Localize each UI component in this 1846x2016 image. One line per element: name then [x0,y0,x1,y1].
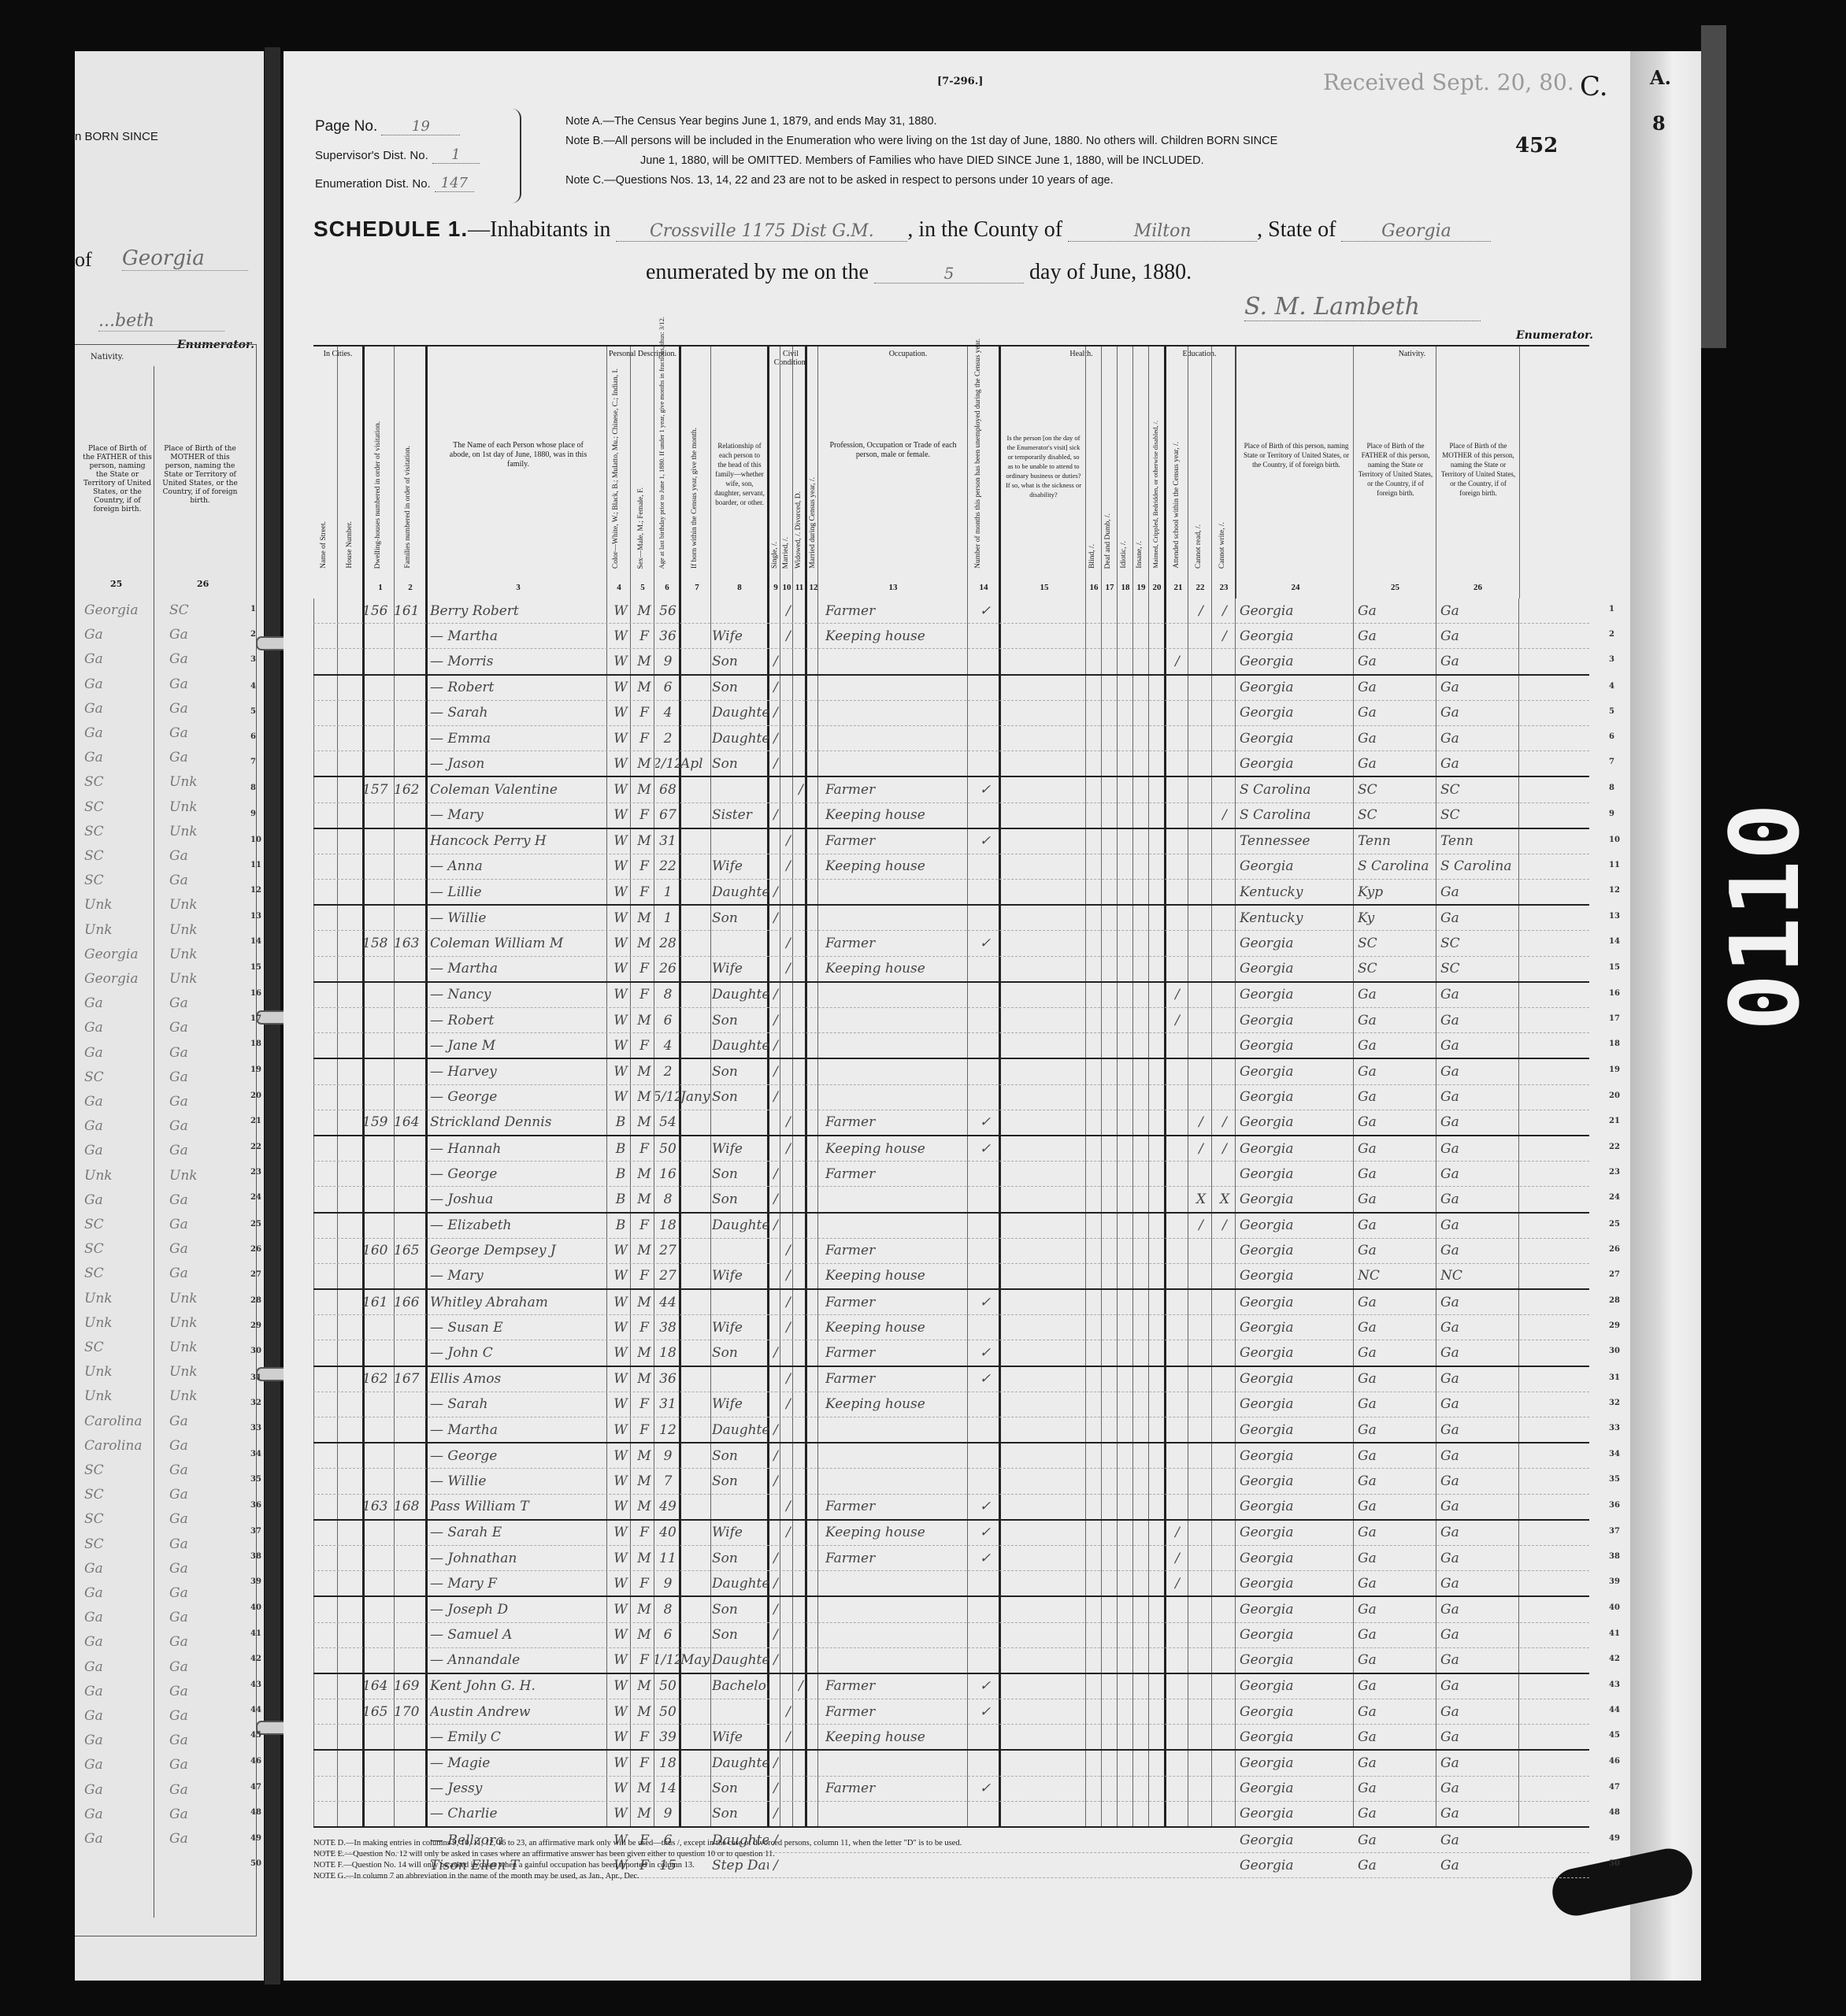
family-number [394,1648,425,1673]
widowed-mark [795,1392,806,1417]
person-name: — Mary [430,1264,610,1288]
left-line-number: 24 [250,1193,261,1202]
cannot-write-mark [1214,1623,1235,1647]
mother-birthplace: Ga [1440,598,1519,623]
left-father-birthplace: Unk [84,1315,113,1331]
col-23-cannot-write: Cannot write, /.23 [1211,346,1236,598]
unemployed-mark: ✓ [973,598,997,623]
cannot-write-mark [1214,1597,1235,1621]
age: 27 [655,1264,680,1288]
relationship: Daughter [712,701,769,725]
married-mark [783,649,794,673]
table-row: — Susan EWF38Wife/Keeping houseGeorgiaGa… [313,1315,1589,1340]
color: W [610,829,632,854]
cannot-read-mark [1191,1699,1211,1724]
left-mother-birthplace: Ga [169,750,188,765]
relationship: Sister [712,803,769,828]
line-number: 6 [1609,732,1614,741]
birth-month [680,1521,710,1545]
left-father-birthplace: Unk [84,1168,113,1184]
school-mark [1167,1033,1188,1058]
age: 40 [655,1521,680,1545]
family-number [394,701,425,725]
table-row: 165170Austin AndrewWM50/Farmer✓GeorgiaGa… [313,1699,1589,1725]
birthplace: Georgia [1240,931,1354,955]
birthplace: Georgia [1240,1264,1354,1288]
table-row: Hancock Perry HWM31/Farmer✓TennesseeTenn… [313,829,1589,854]
single-mark [770,854,781,879]
birthplace: Georgia [1240,1623,1354,1647]
relationship: Son [712,1597,769,1621]
widowed-mark [795,649,806,673]
person-name: — Willie [430,1469,610,1493]
left-line-number: 25 [250,1220,261,1228]
color: W [610,1264,632,1288]
cannot-write-mark [1214,777,1235,802]
married-mark: / [783,1392,794,1417]
left-line-number: 41 [250,1629,261,1638]
unemployed-mark [973,1033,997,1058]
single-mark: / [770,649,781,673]
relationship: Son [712,1008,769,1032]
line-number: 38 [1609,1552,1620,1561]
unemployed-mark [973,983,997,1007]
person-name: Strickland Dennis [430,1110,610,1135]
birthplace: Kentucky [1240,906,1354,930]
age: 6 [655,1623,680,1647]
unemployed-mark [973,1571,997,1595]
school-mark [1167,1725,1188,1749]
family-number: 170 [394,1699,425,1724]
sex: F [633,1648,655,1673]
family-number [394,1059,425,1084]
left-father-birthplace: Ga [84,1585,103,1601]
birthplace: Georgia [1240,701,1354,725]
line-number: 49 [1609,1834,1620,1843]
father-birthplace: Ky [1358,906,1436,930]
left-line-number: 10 [250,836,261,844]
cannot-read-mark [1191,726,1211,750]
cannot-write-mark [1214,1521,1235,1545]
color: W [610,1699,632,1724]
dwelling-number [362,1546,394,1570]
state-value: Georgia [1341,221,1491,242]
birth-month [680,1597,710,1621]
left-mother-birthplace: Ga [169,1143,188,1158]
left-father-birthplace: Georgia [84,947,138,962]
person-name: Coleman William M [430,931,610,955]
color: W [610,1417,632,1442]
person-name: — Martha [430,1417,610,1442]
color: W [610,1495,632,1519]
left-father-birthplace: SC [84,1069,104,1085]
table-row: — Sarah EWF40Wife/Keeping house✓/Georgia… [313,1521,1589,1546]
left-line-number: 29 [250,1321,261,1330]
father-birthplace: Ga [1358,1290,1436,1314]
sex: F [633,983,655,1007]
widowed-mark [795,1751,806,1775]
left-mother-birthplace: Ga [169,1045,188,1061]
birth-month [680,1623,710,1647]
table-row: — AnnaWF22Wife/Keeping houseGeorgiaS Car… [313,854,1589,880]
color: W [610,676,632,700]
occupation: Keeping house [825,1264,967,1288]
birth-month [680,931,710,955]
unemployed-mark [973,676,997,700]
married-mark [783,1777,794,1801]
married-mark: / [783,1136,794,1161]
single-mark: / [770,726,781,750]
cannot-read-mark [1191,624,1211,648]
cannot-read-mark [1191,676,1211,700]
married-mark: / [783,1367,794,1392]
mother-birthplace: SC [1440,777,1519,802]
person-name: — George [430,1443,610,1468]
father-birthplace: Ga [1358,1674,1436,1699]
father-birthplace: Ga [1358,1315,1436,1340]
relationship: Daughter [712,880,769,904]
age: 12 [655,1417,680,1442]
school-mark [1167,624,1188,648]
single-mark [770,1699,781,1724]
dwelling-number [362,1597,394,1621]
col-11-widowed: Widowed, /. Divorced, D.11 [792,346,806,598]
married-mark: / [783,1495,794,1519]
single-mark: / [770,1623,781,1647]
line-number: 20 [1609,1091,1620,1100]
dwelling-number [362,880,394,904]
relationship: Wife [712,1264,769,1288]
school-mark [1167,751,1188,776]
birthplace: Georgia [1240,983,1354,1007]
married-mark [783,1802,794,1826]
single-mark: / [770,701,781,725]
mother-birthplace: Ga [1440,1623,1519,1647]
person-name: — John C [430,1340,610,1365]
cannot-write-mark [1214,1059,1235,1084]
unemployed-mark: ✓ [973,1699,997,1724]
mother-birthplace: Ga [1440,1853,1519,1877]
left-father-birthplace: Ga [84,1192,103,1208]
mother-birthplace: Ga [1440,1443,1519,1468]
father-birthplace: Ga [1358,1853,1436,1877]
birth-month [680,1059,710,1084]
single-mark: / [770,1340,781,1365]
cannot-write-mark: / [1214,624,1235,648]
left-signature-fragment: ...beth [98,311,224,332]
cannot-write-mark [1214,1777,1235,1801]
birth-month [680,1290,710,1314]
left-mother-birthplace: Unk [169,1291,198,1306]
mother-birthplace: Ga [1440,1417,1519,1442]
line-number: 50 [1609,1859,1620,1868]
unemployed-mark [973,1417,997,1442]
single-mark: / [770,1443,781,1468]
dwelling-number [362,1521,394,1545]
sex: M [633,1469,655,1493]
cannot-write-mark [1214,701,1235,725]
col-street: Name of Street. [313,346,337,598]
left-line-number: 15 [250,963,261,972]
left-col-divider [154,366,154,1918]
occupation [825,1751,967,1775]
sex: M [633,1008,655,1032]
occupation: Farmer [825,1340,967,1365]
school-mark: / [1167,1521,1188,1545]
single-mark: / [770,1802,781,1826]
unemployed-mark [973,1623,997,1647]
received-stamp: Received Sept. 20, 80. [1323,69,1574,95]
table-row: — MorrisWM9Son//GeorgiaGaGa33 [313,649,1589,675]
father-birthplace: Ga [1358,598,1436,623]
line-number: 10 [1609,836,1620,844]
cannot-write-mark [1214,649,1235,673]
sex: M [633,1187,655,1211]
occupation: Farmer [825,931,967,955]
line-number: 14 [1609,937,1620,946]
cannot-read-mark [1191,1367,1211,1392]
mother-birthplace: Ga [1440,1033,1519,1058]
person-name: — Nancy [430,983,610,1007]
line-number: 22 [1609,1143,1620,1151]
left-line-number: 19 [250,1065,261,1074]
occupation: Farmer [825,1699,967,1724]
birth-month [680,957,710,981]
birthplace: Georgia [1240,1290,1354,1314]
occupation: Farmer [825,777,967,802]
school-mark [1167,1085,1188,1110]
color: W [610,931,632,955]
left-line-number: 16 [250,989,261,998]
birthplace: Georgia [1240,1008,1354,1032]
left-mother-birthplace: Unk [169,971,198,987]
birthplace: Georgia [1240,1546,1354,1570]
left-mother-birthplace: Unk [169,947,198,962]
family-number [394,649,425,673]
left-line-number: 18 [250,1039,261,1048]
birthplace: Georgia [1240,1315,1354,1340]
birthplace: Georgia [1240,598,1354,623]
family-number [394,624,425,648]
mother-birthplace: Ga [1440,1699,1519,1724]
school-mark [1167,1162,1188,1186]
birthplace: Georgia [1240,1187,1354,1211]
color: W [610,1315,632,1340]
widowed-mark [795,701,806,725]
sex: M [633,1674,655,1699]
occupation [825,649,967,673]
line-number: 46 [1609,1757,1620,1766]
col-8-relationship: Relationship of each person to the head … [710,346,768,598]
left-mother-birthplace: Ga [169,1585,188,1601]
sex: F [633,1264,655,1288]
left-father-birthplace: Ga [84,676,103,692]
sex: M [633,829,655,854]
birthplace: Georgia [1240,1214,1354,1238]
relationship: Son [712,906,769,930]
birth-month [680,1239,710,1263]
birth-month [680,1367,710,1392]
mother-birthplace: Ga [1440,1571,1519,1595]
school-mark [1167,829,1188,854]
family-number [394,983,425,1007]
occupation [825,1214,967,1238]
left-col25-header: Place of Birth of the FATHER of this per… [83,445,152,514]
left-line-number: 36 [250,1501,261,1510]
unemployed-mark [973,906,997,930]
school-mark: / [1167,1008,1188,1032]
dwelling-number [362,751,394,776]
birth-month [680,1162,710,1186]
left-line-number: 4 [250,682,256,691]
person-name: Ellis Amos [430,1367,610,1392]
left-col25-number: 25 [110,579,122,589]
table-row: — MarthaWF36Wife/Keeping house/GeorgiaGa… [313,624,1589,649]
line-number: 26 [1609,1245,1620,1254]
left-mother-birthplace: Ga [169,1462,188,1478]
person-name: Berry Robert [430,598,610,623]
unemployed-mark [973,957,997,981]
mother-birthplace: Ga [1440,1777,1519,1801]
school-mark: / [1167,1546,1188,1570]
unemployed-mark [973,1059,997,1084]
age: 9 [655,1443,680,1468]
left-line-number: 11 [250,861,261,869]
school-mark: / [1167,649,1188,673]
occupation: Keeping house [825,803,967,828]
enumeration-dist-value: 147 [435,175,474,192]
birth-month [680,983,710,1007]
family-number [394,1315,425,1340]
birthplace: Georgia [1240,751,1354,776]
single-mark [770,931,781,955]
school-mark [1167,803,1188,828]
left-line-number: 9 [250,810,256,818]
col-20-maimed: Maimed, Crippled, Bedridden, or otherwis… [1148,346,1165,598]
color: W [610,957,632,981]
table-row: 157162Coleman ValentineWM68/Farmer✓S Car… [313,777,1589,802]
birthplace: Georgia [1240,1033,1354,1058]
unemployed-mark [973,1853,997,1877]
left-line-number: 8 [250,784,256,792]
birth-month: Jany [680,1085,710,1110]
left-father-birthplace: Carolina [84,1414,142,1429]
cannot-read-mark [1191,803,1211,828]
table-row: 164169Kent John G. H.WM50Bachelor/Farmer… [313,1674,1589,1699]
dwelling-number [362,983,394,1007]
enumerated-label: enumerated by me on the [646,260,869,284]
dwelling-number [362,726,394,750]
cannot-read-mark [1191,1033,1211,1058]
father-birthplace: Ga [1358,1751,1436,1775]
unemployed-mark [973,1214,997,1238]
line-number: 3 [1609,655,1614,664]
person-name: — Robert [430,676,610,700]
left-mother-birthplace: Ga [169,725,188,741]
family-number: 165 [394,1239,425,1263]
birthplace: Kentucky [1240,880,1354,904]
note-d: NOTE D.—In making entries in columns 9, … [313,1838,962,1849]
school-mark [1167,931,1188,955]
table-row: — JoshuaBM8Son/XXGeorgiaGaGa2424 [313,1187,1589,1213]
cannot-write-mark [1214,1546,1235,1570]
widowed-mark [795,1264,806,1288]
father-birthplace: Ga [1358,1546,1436,1570]
left-father-birthplace: Ga [84,1831,103,1847]
father-birthplace: Ga [1358,1725,1436,1749]
dwelling-number [362,957,394,981]
family-number [394,854,425,879]
relationship: Son [712,1546,769,1570]
age: 31 [655,829,680,854]
table-row: — ElizabethBF18Daughter///GeorgiaGaGa252… [313,1214,1589,1239]
occupation [825,676,967,700]
dwelling-number [362,1777,394,1801]
family-number [394,1597,425,1621]
father-birthplace: S Carolina [1358,854,1436,879]
left-father-birthplace: SC [84,1266,104,1281]
left-line-number: 21 [250,1117,261,1125]
page-no-value: 19 [381,118,460,135]
cannot-write-mark [1214,1853,1235,1877]
line-number: 13 [1609,912,1620,921]
left-mother-birthplace: Ga [169,1241,188,1257]
unemployed-mark [973,1239,997,1263]
dwelling-number [362,1443,394,1468]
age: 1/12 [655,1648,680,1673]
left-father-birthplace: Ga [84,1045,103,1061]
cannot-read-mark [1191,983,1211,1007]
sex: M [633,1777,655,1801]
footer-notes: NOTE D.—In making entries in columns 9, … [313,1838,962,1882]
single-mark [770,1239,781,1263]
occupation [825,726,967,750]
left-father-birthplace: Ga [84,1118,103,1134]
father-birthplace: Ga [1358,1340,1436,1365]
cannot-read-mark [1191,701,1211,725]
table-row: — HannahBF50Wife/Keeping house✓//Georgia… [313,1136,1589,1162]
age: 9 [655,1802,680,1826]
sex: M [633,1290,655,1314]
single-mark [770,624,781,648]
birthplace: Georgia [1240,676,1354,700]
place-value: Crossville 1175 Dist G.M. [616,221,907,242]
birthplace: Georgia [1240,1059,1354,1084]
color: W [610,598,632,623]
cannot-read-mark [1191,777,1211,802]
left-line-number: 22 [250,1143,261,1151]
dwelling-number [362,1469,394,1493]
relationship: Son [712,751,769,776]
mother-birthplace: Ga [1440,1546,1519,1570]
age: 27 [655,1239,680,1263]
single-mark: / [770,1162,781,1186]
mother-birthplace: Ga [1440,1725,1519,1749]
family-number [394,1802,425,1826]
sex: F [633,1751,655,1775]
birth-month: Apl [680,751,710,776]
left-line-number: 39 [250,1577,261,1586]
dwelling-number [362,1571,394,1595]
occupation [825,1802,967,1826]
cannot-read-mark: / [1191,1136,1211,1161]
dwelling-number [362,1623,394,1647]
birth-month: May [680,1648,710,1673]
cannot-read-mark [1191,1162,1211,1186]
left-line-number: 47 [250,1783,261,1792]
occupation [825,1417,967,1442]
volume-letter: A. [1650,66,1671,89]
